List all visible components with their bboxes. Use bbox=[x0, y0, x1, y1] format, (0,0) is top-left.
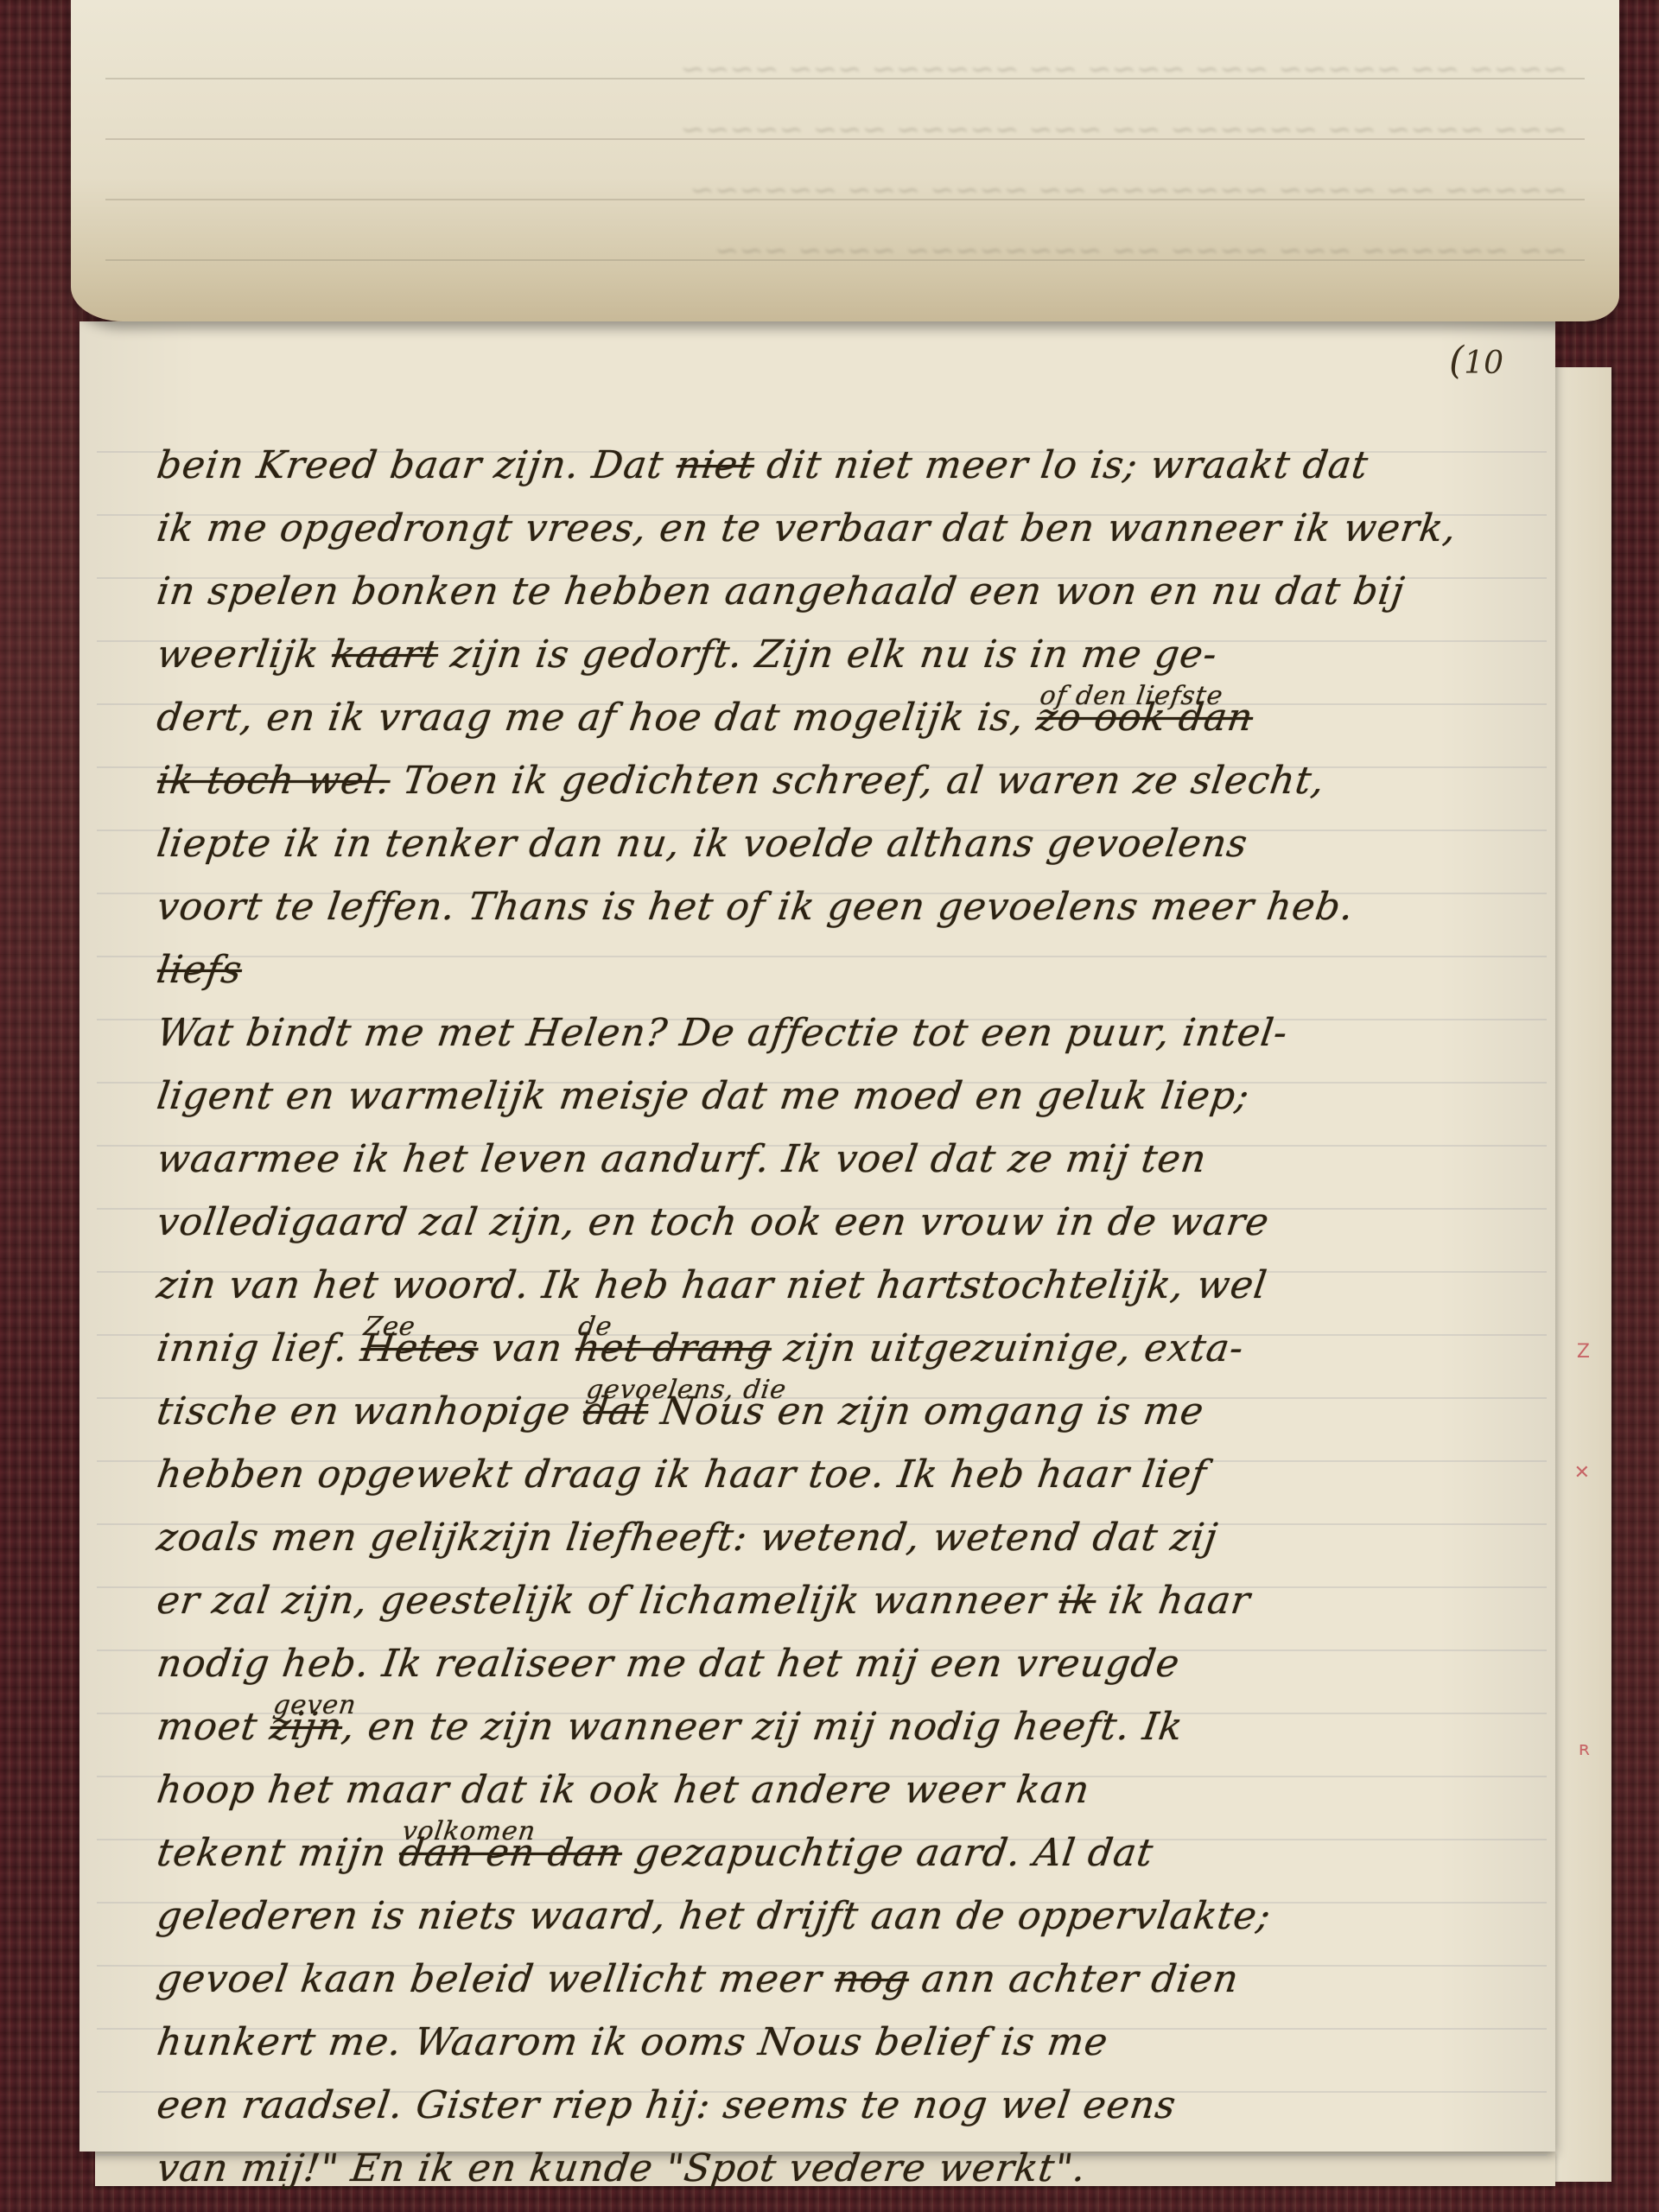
handwritten-line: gevoel kaan beleid wellicht meer nog ann… bbox=[153, 1948, 1527, 2011]
line-text: waarmee ik het leven aandurf. Ik voel da… bbox=[154, 1137, 1209, 1181]
underlying-sheet-edge bbox=[1547, 367, 1611, 2182]
bleed-through-text: ~~~ ~~~~ ~~ ~~~~~~ ~~ ~~~ ~~~~~ ~~~ ~~~~… bbox=[123, 112, 1567, 147]
line-text-continued: ik haar bbox=[1093, 1579, 1254, 1623]
line-text: zoals men gelijkzijn liefheeft: wetend, … bbox=[154, 1516, 1220, 1560]
line-text-continued: van bbox=[475, 1326, 579, 1370]
line-text: nodig heb. Ik realiseer me dat het mij e… bbox=[154, 1642, 1182, 1686]
handwritten-line: liepte ik in tenker dan nu, ik voelde al… bbox=[153, 812, 1527, 875]
struck-through-word: niet bbox=[673, 443, 757, 487]
line-text-continued: dit niet meer lo is; wraakt dat bbox=[751, 443, 1371, 487]
handwritten-line: weerlijk kaart zijn is gedorft. Zijn elk… bbox=[153, 623, 1527, 686]
handwritten-line: liefs bbox=[153, 938, 1527, 1001]
line-text-continued: Toen ik gedichten schreef, al waren ze s… bbox=[387, 759, 1328, 803]
interlinear-insertion: de bbox=[576, 1314, 613, 1340]
bleed-through-text: ~~~~~ ~~ ~~~~ ~~~~~~~ ~~ ~~~~ ~~~ ~~~~~~ bbox=[123, 173, 1567, 207]
margin-mark: ✕ bbox=[1574, 1462, 1590, 1484]
bleed-through-text: ~~ ~~~~~~ ~~~ ~~~~ ~~ ~~~~~~~~ ~~~~ ~~~ bbox=[123, 233, 1567, 268]
handwritten-line: moet zijngeven, en te zijn wanneer zij m… bbox=[153, 1695, 1527, 1758]
struck-through-word: datgevoelens, die bbox=[581, 1389, 652, 1433]
handwritten-line: tische en wanhopige datgevoelens, die No… bbox=[153, 1380, 1527, 1443]
handwritten-line: zin van het woord. Ik heb haar niet hart… bbox=[153, 1254, 1527, 1317]
struck-through-word: HetesZee bbox=[358, 1326, 481, 1370]
handwritten-line: hoop het maar dat ik ook het andere weer… bbox=[153, 1758, 1527, 1821]
handwritten-line: ik toch wel. Toen ik gedichten schreef, … bbox=[153, 749, 1527, 812]
line-text: gevoel kaan beleid wellicht meer bbox=[154, 1957, 837, 2001]
line-text-continued: , en te zijn wanneer zij mij nodig heeft… bbox=[340, 1705, 1186, 1749]
handwritten-line: nodig heb. Ik realiseer me dat het mij e… bbox=[153, 1632, 1527, 1695]
interlinear-insertion: gevoelens, die bbox=[585, 1377, 789, 1403]
line-text: innig lief. bbox=[154, 1326, 364, 1370]
line-text: tekent mijn bbox=[154, 1831, 402, 1875]
line-text-tail: zijn uitgezuinige, exta- bbox=[768, 1326, 1246, 1370]
line-text: hoop het maar dat ik ook het andere weer… bbox=[154, 1768, 1092, 1812]
struck-through-word: ik toch wel. bbox=[154, 759, 393, 803]
handwritten-line: tekent mijn dan en danvolkomen gezapucht… bbox=[153, 1821, 1527, 1885]
handwritten-line: een raadsel. Gister riep hij: seems te n… bbox=[153, 2074, 1527, 2137]
struck-through-word: liefs bbox=[154, 948, 245, 992]
handwritten-line: waarmee ik het leven aandurf. Ik voel da… bbox=[153, 1128, 1527, 1191]
handwritten-line: volledigaard zal zijn, en toch ook een v… bbox=[153, 1191, 1527, 1254]
line-text: volledigaard zal zijn, en toch ook een v… bbox=[154, 1200, 1272, 1244]
struck-through-word: zijngeven bbox=[267, 1705, 345, 1749]
line-text: dert, en ik vraag me af hoe dat mogelijk… bbox=[154, 696, 1039, 740]
line-text: ligent en warmelijk meisje dat me moed e… bbox=[154, 1074, 1252, 1118]
manuscript-page: 10 bein Kreed baar zijn. Dat niet dit ni… bbox=[79, 321, 1555, 2152]
line-text: tische en wanhopige bbox=[154, 1389, 586, 1433]
line-text: van mij!" En ik en kunde "Spot vedere we… bbox=[154, 2146, 1089, 2190]
interlinear-insertion: geven bbox=[271, 1693, 358, 1719]
line-text: hebben opgewekt draag ik haar toe. Ik he… bbox=[154, 1452, 1210, 1497]
interlinear-insertion: Zee bbox=[362, 1314, 417, 1340]
handwritten-line: voort te leffen. Thans is het of ik geen… bbox=[153, 875, 1527, 938]
struck-through-word: dan en danvolkomen bbox=[397, 1831, 626, 1875]
line-text: voort te leffen. Thans is het of ik geen… bbox=[154, 885, 1357, 929]
handwritten-line: zoals men gelijkzijn liefheeft: wetend, … bbox=[153, 1506, 1527, 1569]
line-text: er zal zijn, geestelijk of lichamelijk w… bbox=[154, 1579, 1062, 1623]
line-text: bein Kreed baar zijn. Dat bbox=[154, 443, 679, 487]
struck-through-word: nog bbox=[831, 1957, 912, 2001]
handwritten-line: ik me opgedrongt vrees, en te verbaar da… bbox=[153, 497, 1527, 560]
handwritten-line: dert, en ik vraag me af hoe dat mogelijk… bbox=[153, 686, 1527, 749]
line-text: hunkert me. Waarom ik ooms Nous belief i… bbox=[154, 2020, 1110, 2064]
line-text-continued: gezapuchtige aard. Al dat bbox=[619, 1831, 1156, 1875]
handwritten-line: Wat bindt me met Helen? De affectie tot … bbox=[153, 1001, 1527, 1065]
line-text: liepte ik in tenker dan nu, ik voelde al… bbox=[154, 822, 1250, 866]
handwritten-line: in spelen bonken te hebben aangehaald ee… bbox=[153, 560, 1527, 623]
page-number: 10 bbox=[1449, 339, 1503, 383]
struck-through-word: het drangde bbox=[572, 1326, 774, 1370]
line-text: ik me opgedrongt vrees, en te verbaar da… bbox=[154, 506, 1459, 550]
handwritten-line: ligent en warmelijk meisje dat me moed e… bbox=[153, 1065, 1527, 1128]
handwritten-text-body: bein Kreed baar zijn. Dat niet dit niet … bbox=[157, 434, 1522, 2200]
line-text: zin van het woord. Ik heb haar niet hart… bbox=[154, 1263, 1269, 1307]
flipped-previous-page: ~~~~ ~~ ~~~~~ ~~~ ~~~~ ~~ ~~~~~~ ~~~ ~~~… bbox=[71, 0, 1619, 321]
line-text: Wat bindt me met Helen? De affectie tot … bbox=[154, 1011, 1290, 1055]
handwritten-line: er zal zijn, geestelijk of lichamelijk w… bbox=[153, 1569, 1527, 1632]
handwritten-line: gelederen is niets waard, het drijft aan… bbox=[153, 1885, 1527, 1948]
handwritten-line: innig lief. HetesZee van het drangde zij… bbox=[153, 1317, 1527, 1380]
line-text-continued: zijn is gedorft. Zijn elk nu is in me ge… bbox=[435, 632, 1220, 677]
handwritten-line: van mij!" En ik en kunde "Spot vedere we… bbox=[153, 2137, 1527, 2200]
line-text: gelederen is niets waard, het drijft aan… bbox=[154, 1894, 1274, 1938]
margin-mark: Z bbox=[1577, 1341, 1590, 1363]
interlinear-insertion: volkomen bbox=[401, 1819, 538, 1845]
struck-through-word: zo ook danof den liefste bbox=[1034, 696, 1256, 740]
line-text: moet bbox=[154, 1705, 273, 1749]
margin-mark: ʀ bbox=[1579, 1738, 1590, 1760]
interlinear-insertion: of den liefste bbox=[1038, 683, 1224, 709]
struck-through-word: kaart bbox=[329, 632, 442, 677]
line-text: in spelen bonken te hebben aangehaald ee… bbox=[154, 569, 1407, 613]
handwritten-line: hebben opgewekt draag ik haar toe. Ik he… bbox=[153, 1443, 1527, 1506]
line-text-continued: ann achter dien bbox=[906, 1957, 1242, 2001]
handwritten-line: hunkert me. Waarom ik ooms Nous belief i… bbox=[153, 2011, 1527, 2074]
line-text: een raadsel. Gister riep hij: seems te n… bbox=[154, 2083, 1179, 2127]
handwritten-line: bein Kreed baar zijn. Dat niet dit niet … bbox=[153, 434, 1527, 497]
bleed-through-text: ~~~~ ~~ ~~~~~ ~~~ ~~~~ ~~ ~~~~~~ ~~~ ~~~… bbox=[123, 52, 1567, 86]
line-text: weerlijk bbox=[154, 632, 334, 677]
